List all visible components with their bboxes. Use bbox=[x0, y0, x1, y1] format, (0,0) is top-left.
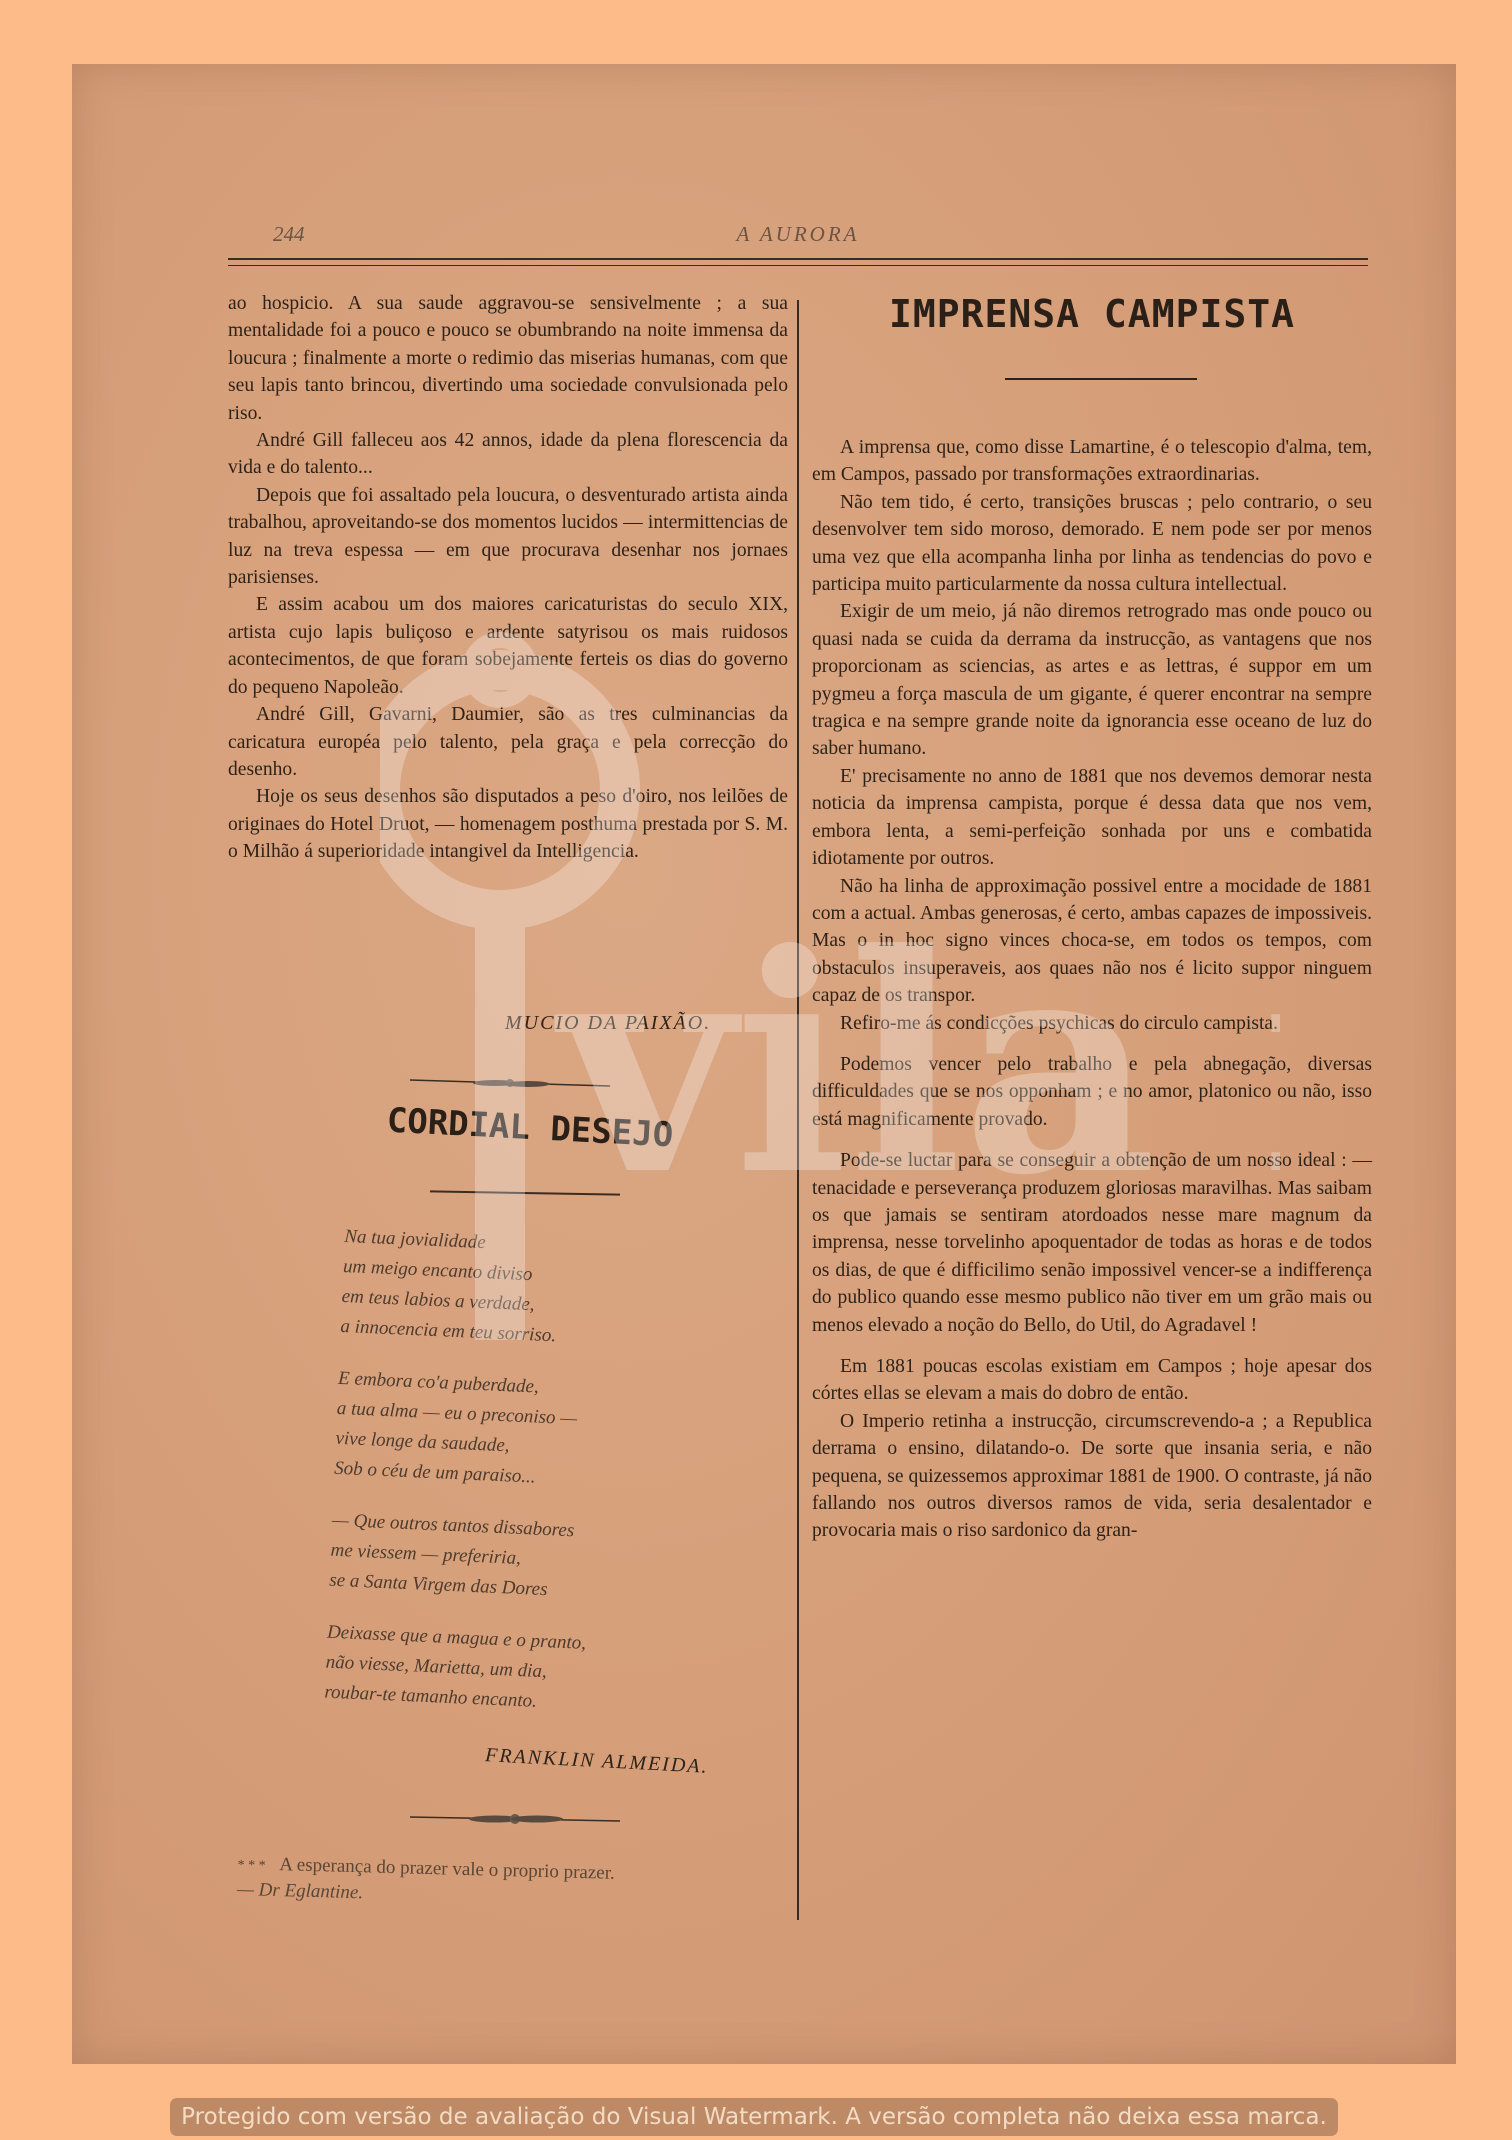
ornament-divider bbox=[410, 1812, 620, 1826]
publication-title: A AURORA bbox=[228, 222, 1368, 247]
paragraph: Não ha linha de approximação possivel en… bbox=[812, 873, 1372, 1010]
paragraph: Refiro-me ás condicções psychicas do cir… bbox=[812, 1010, 1372, 1037]
poem-cordial-desejo: Na tua jovialidade um meigo encanto divi… bbox=[323, 1222, 775, 1748]
poem-stanza: E embora co'a puberdade, a tua alma — eu… bbox=[334, 1364, 769, 1503]
article-andre-gill: ao hospicio. A sua saude aggravou-se sen… bbox=[228, 290, 788, 866]
title-rule bbox=[1005, 378, 1197, 380]
paragraph: Não tem tido, é certo, transições brusca… bbox=[812, 489, 1372, 599]
paragraph: Em 1881 poucas escolas existiam em Campo… bbox=[812, 1353, 1372, 1408]
ornament-divider bbox=[410, 1075, 610, 1089]
paragraph: André Gill, Gavarni, Daumier, são as tre… bbox=[228, 701, 788, 783]
watermark-banner: Protegido com versão de avaliação do Vis… bbox=[170, 2098, 1338, 2136]
paragraph: A imprensa que, como disse Lamartine, é … bbox=[812, 434, 1372, 489]
signature-mucio: MUCIO DA PAIXÃO. bbox=[505, 1012, 711, 1035]
paragraph: E' precisamente no anno de 1881 que nos … bbox=[812, 763, 1372, 873]
paragraph: Pode-se luctar para se conseguir a obten… bbox=[812, 1147, 1372, 1339]
paragraph: E assim acabou um dos maiores caricaturi… bbox=[228, 591, 788, 701]
column-divider bbox=[797, 300, 799, 1920]
running-head: 244 A AURORA bbox=[228, 222, 1368, 252]
paragraph: O Imperio retinha a instrucção, circumsc… bbox=[812, 1408, 1372, 1545]
poem-stanza: Deixasse que a magua e o pranto, não vie… bbox=[324, 1618, 758, 1727]
poem-stanza: Na tua jovialidade um meigo encanto divi… bbox=[340, 1222, 775, 1361]
article-imprensa-campista: A imprensa que, como disse Lamartine, é … bbox=[812, 434, 1372, 1545]
paragraph: Hoje os seus desenhos são disputados a p… bbox=[228, 783, 788, 865]
paragraph: Exigir de um meio, já não diremos retrog… bbox=[812, 598, 1372, 762]
header-rule bbox=[228, 258, 1368, 266]
article-title: IMPRENSA CAMPISTA bbox=[812, 292, 1372, 336]
paragraph: Depois que foi assaltado pela loucura, o… bbox=[228, 482, 788, 592]
asterism-marker: * * * bbox=[237, 1858, 265, 1874]
paragraph: ao hospicio. A sua saude aggravou-se sen… bbox=[228, 290, 788, 427]
paragraph: Podemos vencer pelo trabalho e pela abne… bbox=[812, 1051, 1372, 1133]
paragraph: André Gill falleceu aos 42 annos, idade … bbox=[228, 427, 788, 482]
epigram-attribution: — Dr Eglantine. bbox=[237, 1879, 364, 1903]
poem-stanza: — Que outros tantos dissabores me viesse… bbox=[329, 1506, 763, 1615]
